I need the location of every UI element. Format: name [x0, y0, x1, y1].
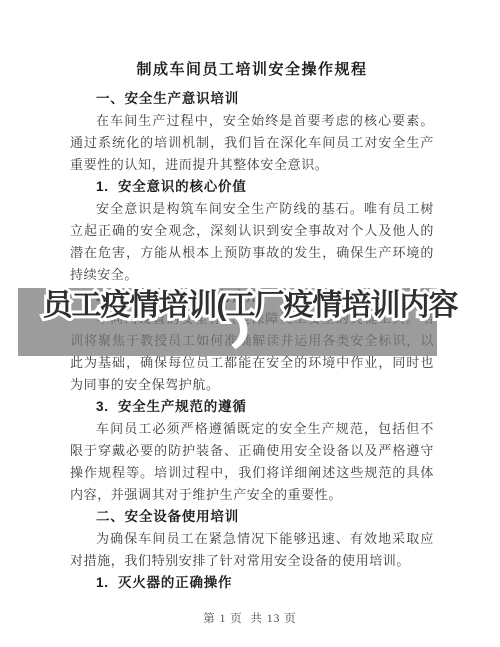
section-heading-1: 一、安全生产意识培训	[70, 88, 434, 110]
section-heading-2: 二、安全设备使用培训	[70, 506, 434, 528]
document-page: 制成车间员工培训安全操作规程 一、安全生产意识培训 在车间生产过程中，安全始终是…	[0, 0, 500, 647]
subheading-1-3: 3. 安全生产规范的遵循	[70, 396, 434, 418]
subheading-1-1: 1. 安全意识的核心价值	[70, 176, 434, 198]
paragraph: 车间员工必须严格遵循既定的安全生产规范，包括但不限于穿戴必要的防护装备、正确使用…	[70, 418, 434, 506]
document-title: 制成车间员工培训安全操作规程	[70, 52, 434, 88]
paragraph: 在车间生产过程中，安全始终是首要考虑的核心要素。通过系统化的培训机制，我们旨在深…	[70, 110, 434, 176]
watermark-band	[18, 288, 437, 356]
page-number: 第 1 页 共 13 页	[0, 610, 500, 626]
subheading-2-1: 1. 灭火器的正确操作	[70, 572, 434, 594]
paragraph: 为确保车间员工在紧急情况下能够迅速、有效地采取应对措施，我们特别安排了针对常用安…	[70, 528, 434, 572]
paragraph: 安全意识是构筑车间安全生产防线的基石。唯有员工树立起正确的安全观念，深刻认识到安…	[70, 198, 434, 286]
